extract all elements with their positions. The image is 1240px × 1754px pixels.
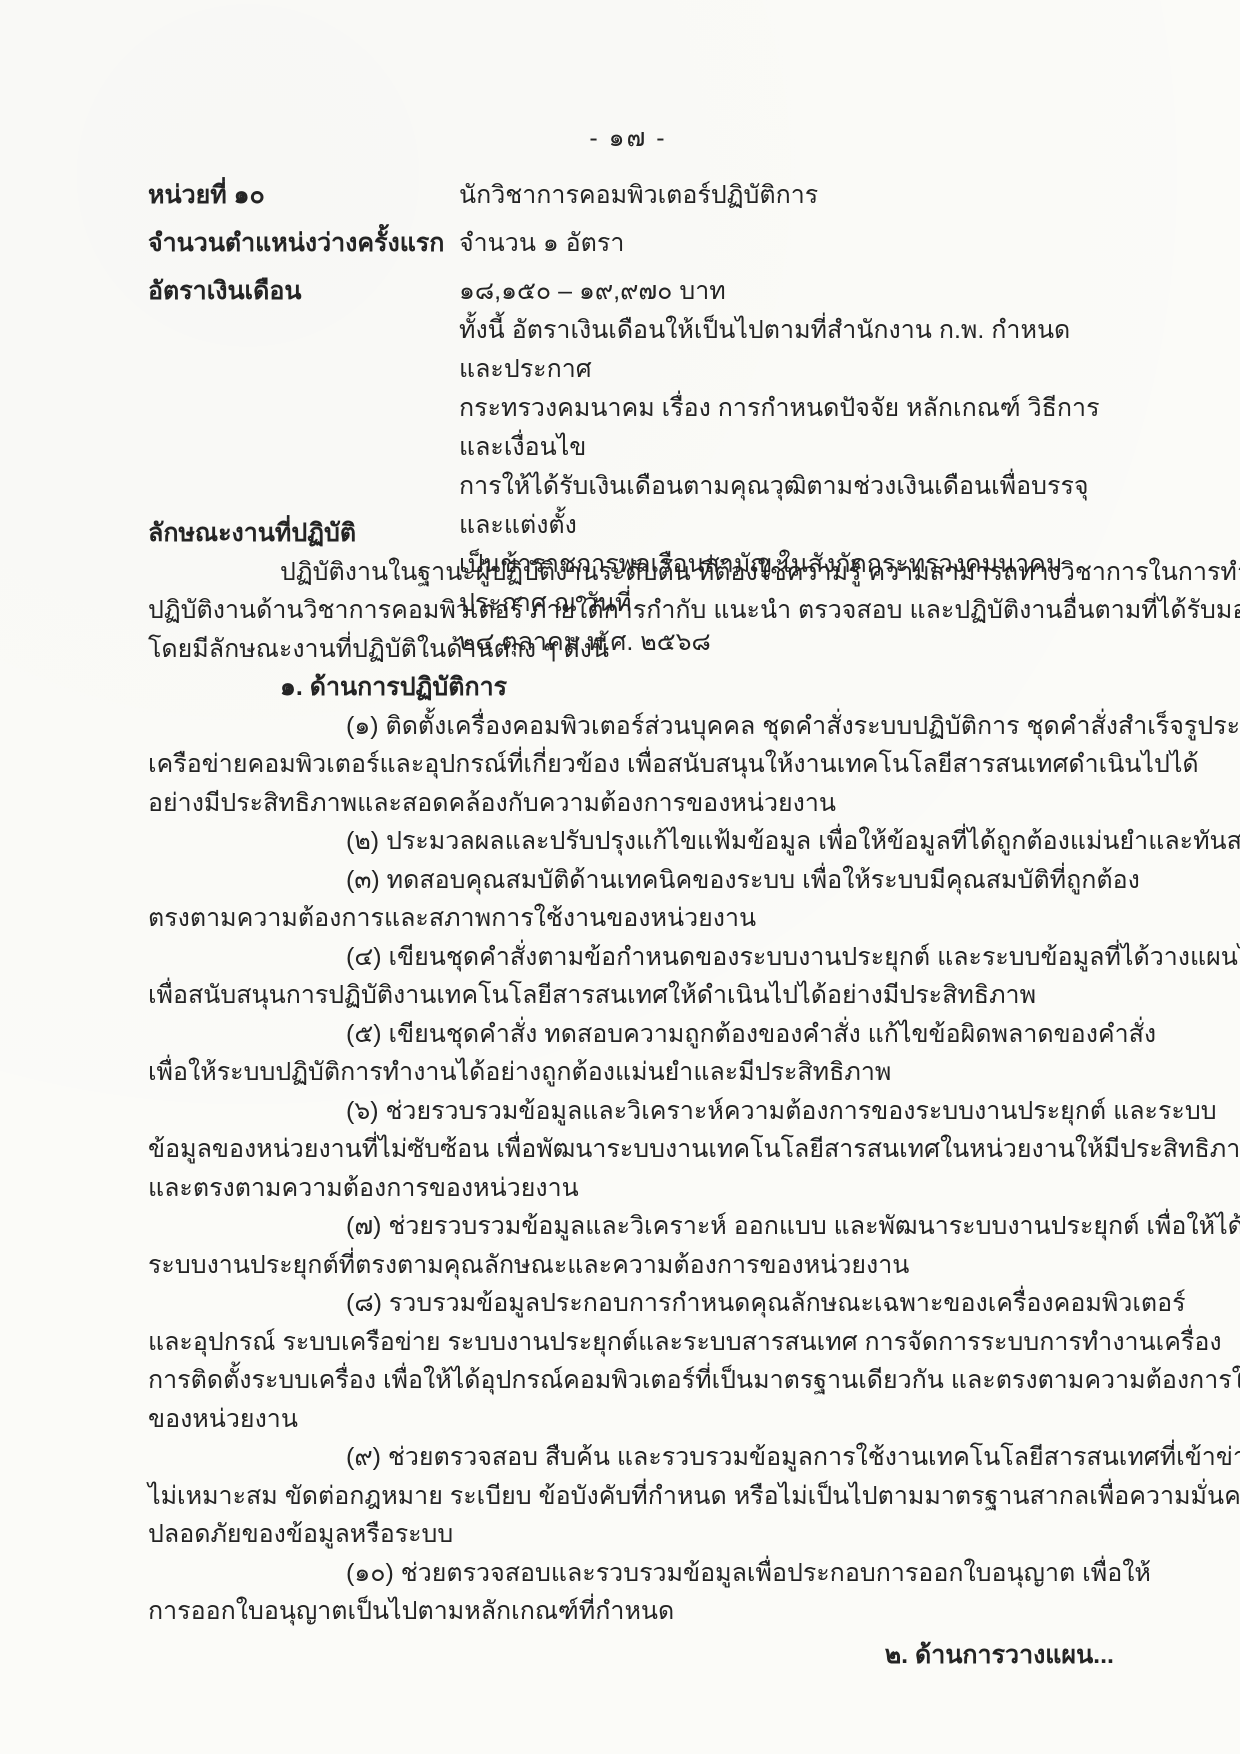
body-line: และอุปกรณ์ ระบบเครือข่าย ระบบงานประยุกต์…: [148, 1323, 1133, 1362]
body-line: (๑๐) ช่วยตรวจสอบและรวบรวมข้อมูลเพื่อประก…: [148, 1554, 1133, 1593]
unit-number-label: หน่วยที่ ๑๐: [148, 176, 459, 214]
body-line: อย่างมีประสิทธิภาพและสอดคล้องกับความต้อง…: [148, 784, 1133, 823]
body-line: (๖) ช่วยรวบรวมข้อมูลและวิเคราะห์ความต้อง…: [148, 1092, 1133, 1131]
document-page: - ๑๗ - หน่วยที่ ๑๐ นักวิชาการคอมพิวเตอร์…: [0, 0, 1240, 1754]
body-line: เครือข่ายคอมพิวเตอร์และอุปกรณ์ที่เกี่ยวข…: [148, 745, 1133, 784]
vacancies-value: จำนวน ๑ อัตรา: [459, 224, 1108, 262]
body-line: เพื่อให้ระบบปฏิบัติการทำงานได้อย่างถูกต้…: [148, 1053, 1133, 1092]
body-line: (๔) เขียนชุดคำสั่งตามข้อกำหนดของระบบงานป…: [148, 938, 1133, 977]
body-line: (๓) ทดสอบคุณสมบัติด้านเทคนิคของระบบ เพื่…: [148, 861, 1133, 900]
salary-label: อัตราเงินเดือน: [148, 272, 459, 310]
body-line: ข้อมูลของหน่วยงานที่ไม่ซับซ้อน เพื่อพัฒน…: [148, 1130, 1133, 1169]
continuation-catchword: ๒. ด้านการวางแผน...: [148, 1636, 1114, 1674]
body-line: เพื่อสนับสนุนการปฏิบัติงานเทคโนโลยีสารสน…: [148, 976, 1133, 1015]
body-line: ปลอดภัยของข้อมูลหรือระบบ: [148, 1515, 1133, 1554]
section-heading: ๑. ด้านการปฏิบัติการ: [148, 668, 1133, 707]
salary-range: ๑๘,๑๕๐ – ๑๙,๙๗๐ บาท: [459, 272, 1108, 311]
body-line: (๕) เขียนชุดคำสั่ง ทดสอบความถูกต้องของคำ…: [148, 1015, 1133, 1054]
info-row-unit: หน่วยที่ ๑๐ นักวิชาการคอมพิวเตอร์ปฏิบัติ…: [148, 176, 1108, 214]
body-line: (๙) ช่วยตรวจสอบ สืบค้น และรวบรวมข้อมูลกา…: [148, 1438, 1133, 1477]
job-description: ลักษณะงานที่ปฏิบัติปฏิบัติงานในฐานะผู้ปฏ…: [148, 514, 1133, 1631]
vacancies-label: จำนวนตำแหน่งว่างครั้งแรก: [148, 224, 459, 262]
body-line: การออกใบอนุญาตเป็นไปตามหลักเกณฑ์ที่กำหนด: [148, 1592, 1133, 1631]
body-line: ระบบงานประยุกต์ที่ตรงตามคุณลักษณะและความ…: [148, 1246, 1133, 1285]
body-line: และตรงตามความต้องการของหน่วยงาน: [148, 1169, 1133, 1208]
body-line: การติดตั้งระบบเครื่อง เพื่อให้ได้อุปกรณ์…: [148, 1361, 1133, 1400]
position-title: นักวิชาการคอมพิวเตอร์ปฏิบัติการ: [459, 176, 1108, 214]
body-line: (๘) รวบรวมข้อมูลประกอบการกำหนดคุณลักษณะเ…: [148, 1284, 1133, 1323]
body-line: (๑) ติดตั้งเครื่องคอมพิวเตอร์ส่วนบุคคล ช…: [148, 707, 1133, 746]
body-line: ตรงตามความต้องการและสภาพการใช้งานของหน่ว…: [148, 899, 1133, 938]
body-line: (๒) ประมวลผลและปรับปรุงแก้ไขแฟ้มข้อมูล เ…: [148, 822, 1133, 861]
section-heading: ลักษณะงานที่ปฏิบัติ: [148, 514, 1133, 553]
page-number: - ๑๗ -: [148, 118, 1108, 158]
body-line: ปฏิบัติงานด้านวิชาการคอมพิวเตอร์ ภายใต้ก…: [148, 591, 1133, 630]
body-line: ของหน่วยงาน: [148, 1400, 1133, 1439]
body-line: ปฏิบัติงานในฐานะผู้ปฏิบัติงานระดับต้น ที…: [148, 553, 1133, 592]
info-row-vacancies: จำนวนตำแหน่งว่างครั้งแรก จำนวน ๑ อัตรา: [148, 224, 1108, 262]
body-line: โดยมีลักษณะงานที่ปฏิบัติในด้านต่าง ๆ ดัง…: [148, 630, 1133, 669]
body-line: ไม่เหมาะสม ขัดต่อกฎหมาย ระเบียบ ข้อบังคั…: [148, 1477, 1133, 1516]
body-line: (๗) ช่วยรวบรวมข้อมูลและวิเคราะห์ ออกแบบ …: [148, 1207, 1133, 1246]
